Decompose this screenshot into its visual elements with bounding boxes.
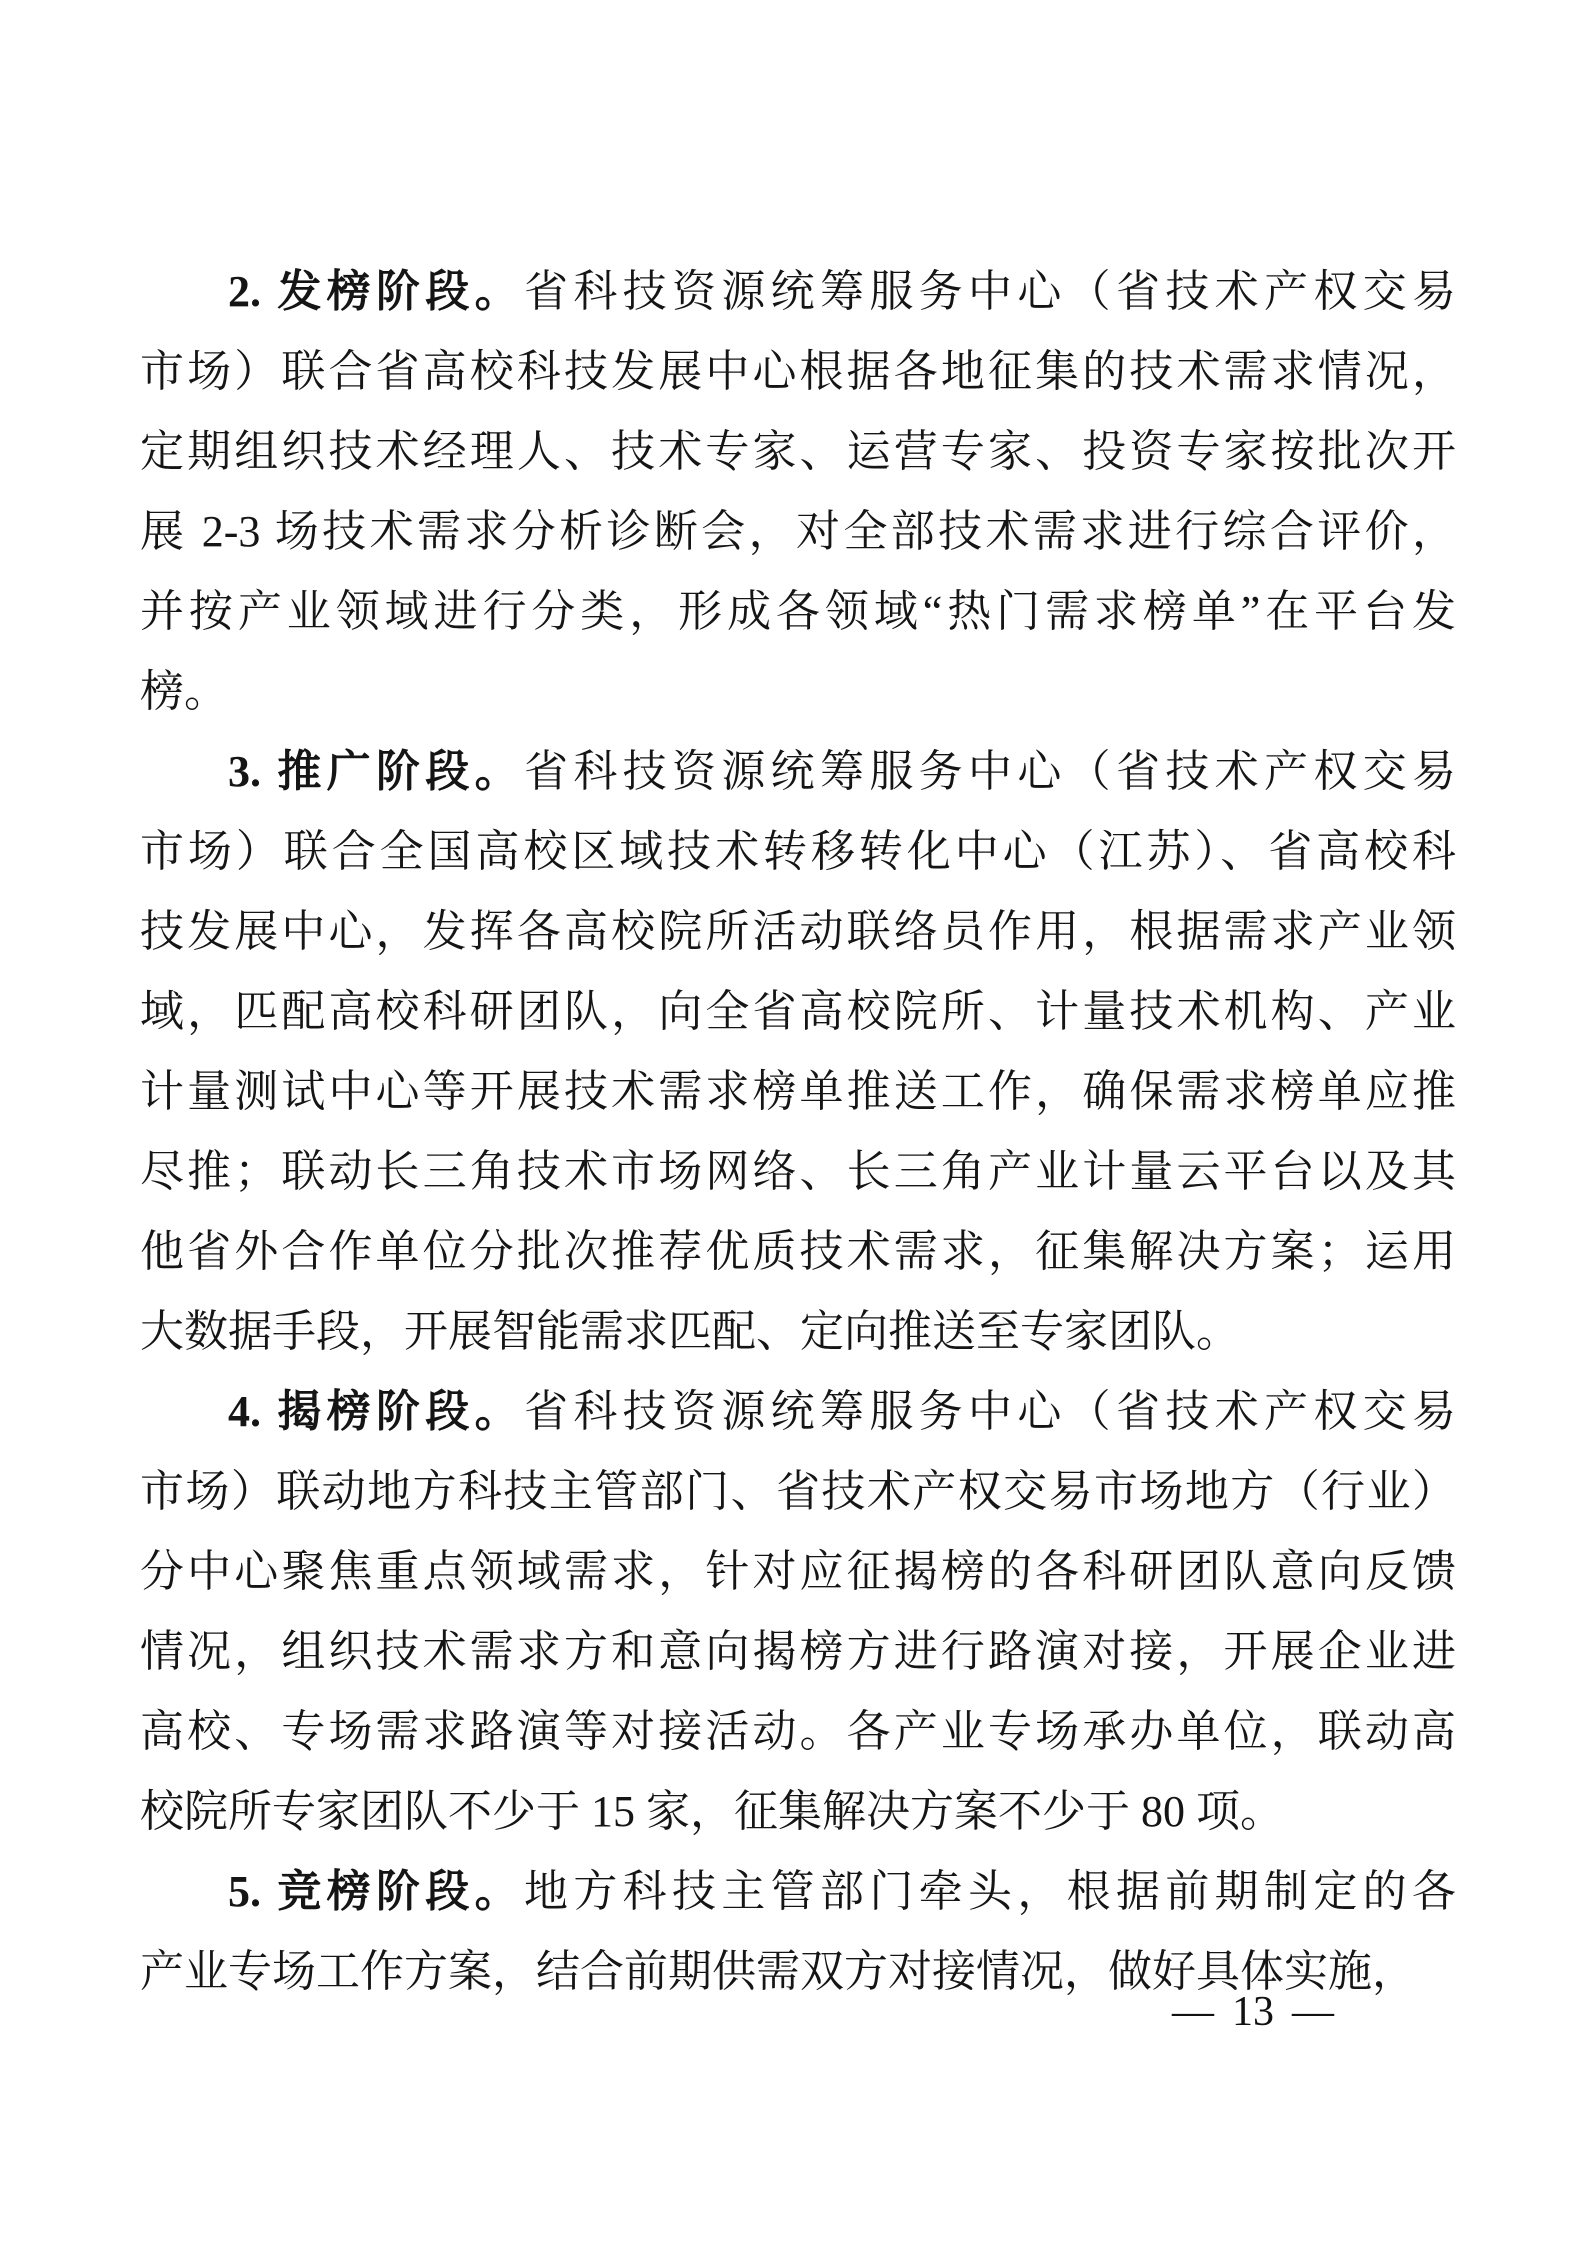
page-number-value: 13 — [1232, 1988, 1274, 2036]
text-line: 3. 推广阶段。省科技资源统筹服务中心（省技术产权交易 — [140, 732, 1456, 812]
text-line: 大数据手段，开展智能需求匹配、定向推送至专家团队。 — [140, 1292, 1456, 1372]
text-line: 分中心聚焦重点领域需求，针对应征揭榜的各科研团队意向反馈 — [140, 1532, 1456, 1612]
text-line: 尽推；联动长三角技术市场网络、长三角产业计量云平台以及其 — [140, 1132, 1456, 1212]
text-line: 计量测试中心等开展技术需求榜单推送工作，确保需求榜单应推 — [140, 1052, 1456, 1132]
paragraph-heading: 3. 推广阶段。 — [228, 747, 524, 796]
document-body: 2. 发榜阶段。省科技资源统筹服务中心（省技术产权交易市场）联合省高校科技发展中… — [140, 252, 1456, 2012]
paragraph: 4. 揭榜阶段。省科技资源统筹服务中心（省技术产权交易市场）联动地方科技主管部门… — [140, 1372, 1456, 1852]
text-line: 情况，组织技术需求方和意向揭榜方进行路演对接，开展企业进 — [140, 1612, 1456, 1692]
text-line: 定期组织技术经理人、技术专家、运营专家、投资专家按批次开 — [140, 412, 1456, 492]
paragraph-heading: 4. 揭榜阶段。 — [228, 1387, 524, 1436]
paragraph: 2. 发榜阶段。省科技资源统筹服务中心（省技术产权交易市场）联合省高校科技发展中… — [140, 252, 1456, 732]
document-page: 2. 发榜阶段。省科技资源统筹服务中心（省技术产权交易市场）联合省高校科技发展中… — [0, 0, 1587, 2245]
paragraph-heading: 5. 竞榜阶段。 — [228, 1867, 524, 1916]
text-line: 2. 发榜阶段。省科技资源统筹服务中心（省技术产权交易 — [140, 252, 1456, 332]
paragraph-heading: 2. 发榜阶段。 — [228, 267, 524, 316]
paragraph: 3. 推广阶段。省科技资源统筹服务中心（省技术产权交易市场）联合全国高校区域技术… — [140, 732, 1456, 1372]
page-number-dash-left: — — [1172, 1988, 1214, 2036]
text-line: 校院所专家团队不少于 15 家，征集解决方案不少于 80 项。 — [140, 1772, 1456, 1852]
text-line: 市场）联合全国高校区域技术转移转化中心（江苏）、省高校科 — [140, 812, 1456, 892]
text-line: 他省外合作单位分批次推荐优质技术需求，征集解决方案；运用 — [140, 1212, 1456, 1292]
text-line: 市场）联动地方科技主管部门、省技术产权交易市场地方（行业） — [140, 1452, 1456, 1532]
page-number: — 13 — — [1172, 1988, 1334, 2036]
text-line: 高校、专场需求路演等对接活动。各产业专场承办单位，联动高 — [140, 1692, 1456, 1772]
text-line: 技发展中心，发挥各高校院所活动联络员作用，根据需求产业领 — [140, 892, 1456, 972]
text-line: 域，匹配高校科研团队，向全省高校院所、计量技术机构、产业 — [140, 972, 1456, 1052]
page-number-dash-right: — — [1292, 1988, 1334, 2036]
text-line: 市场）联合省高校科技发展中心根据各地征集的技术需求情况， — [140, 332, 1456, 412]
text-line: 榜。 — [140, 652, 1456, 732]
text-line: 4. 揭榜阶段。省科技资源统筹服务中心（省技术产权交易 — [140, 1372, 1456, 1452]
text-line: 展 2-3 场技术需求分析诊断会，对全部技术需求进行综合评价， — [140, 492, 1456, 572]
text-line: 并按产业领域进行分类，形成各领域“热门需求榜单”在平台发 — [140, 572, 1456, 652]
text-line: 5. 竞榜阶段。地方科技主管部门牵头，根据前期制定的各 — [140, 1852, 1456, 1932]
